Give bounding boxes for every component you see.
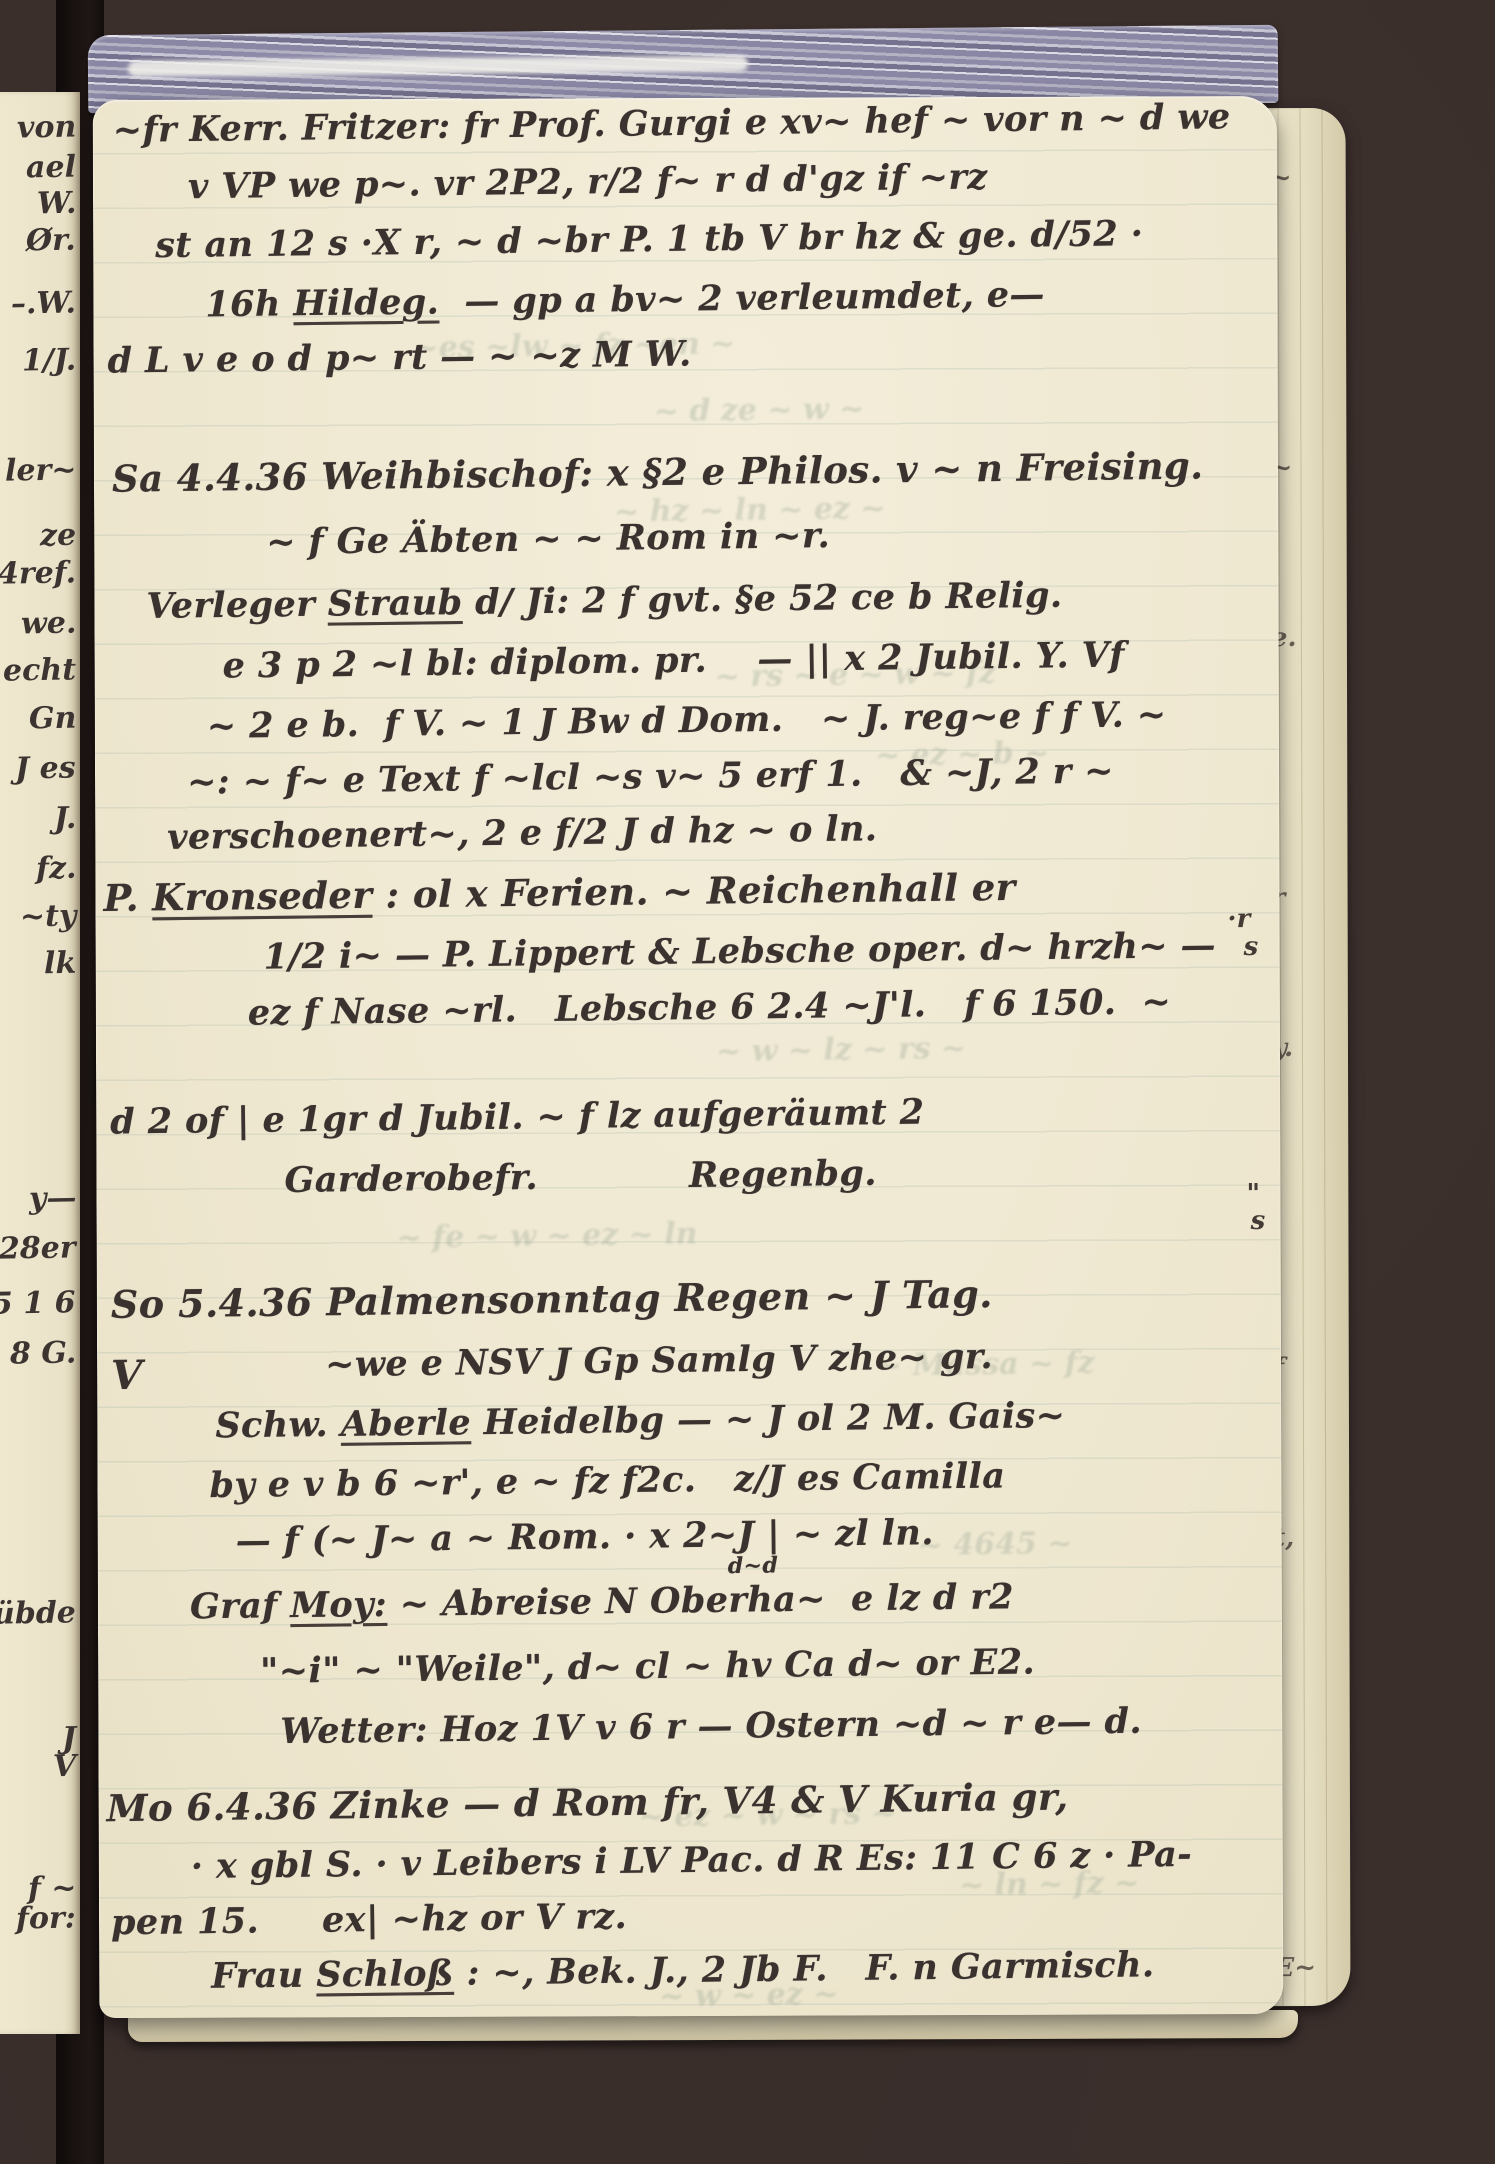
facing-page-sliver: vonaelW.Ør.–.W.1/J.ler~ze4ref.we.echtGnJ… <box>0 92 80 2034</box>
facing-page-text-fragment: 1/J. <box>22 343 77 379</box>
handwriting-segment: — gp a bv~ 2 verleumdet, e— <box>439 274 1045 322</box>
handwriting-line: ~we e NSV J Gp Samlg V zhe~ gr. <box>325 1336 993 1385</box>
bleed-through-line: ~ d ze ~ w ~ <box>654 391 865 429</box>
facing-page-text-fragment: 5 1 6 <box>0 1285 76 1321</box>
handwriting-line: Wetter: Hoz 1V v 6 r — Ostern ~d ~ r e— … <box>280 1701 1142 1753</box>
underlined-word: Hildeg. <box>293 281 439 324</box>
handwriting-line: d~d <box>728 1552 779 1579</box>
handwriting-line: Frau Schloß : ~, Bek. J., 2 Jb F. F. n G… <box>211 1944 1155 1997</box>
handwriting-line: — f (~ J~ a ~ Rom. · x 2~J | ~ zl ln. <box>235 1512 934 1562</box>
facing-page-text-fragment: ze <box>40 518 77 554</box>
handwriting-segment: P. <box>103 875 152 920</box>
handwriting-line: Garderobefr. Regenbg. <box>284 1153 877 1201</box>
handwriting-line: "~i" ~ "Weile", d~ cl ~ hv Ca d~ or E2. <box>260 1641 1035 1691</box>
bleed-through-line: ~ 4645 ~ <box>917 1526 1072 1563</box>
handwriting-line: v VP we p~. vr 2P2, r/2 f~ r d d'gz if ~… <box>188 156 988 207</box>
page-edge-crease <box>1300 108 1306 2006</box>
bleed-through-line: ~ w ~ lz ~ rs ~ <box>716 1031 967 1069</box>
underlined-word: Straub <box>327 582 462 625</box>
handwriting-segment: : ol x Ferien. ~ Reichenhall er <box>372 865 1016 917</box>
handwriting-line: Verleger Straub d/ Ji: 2 f gvt. §e 52 ce… <box>146 575 1063 627</box>
handwriting-line: pen 15. ex| ~hz or V rz. <box>111 1896 628 1943</box>
facing-page-text-fragment: ael <box>26 150 77 186</box>
notebook-photo: vonaelW.Ør.–.W.1/J.ler~ze4ref.we.echtGnJ… <box>0 0 1495 2164</box>
handwriting-line: by e v b 6 ~r', e ~ fz f2c. z/J es Camil… <box>209 1455 1005 1506</box>
facing-page-text-fragment: fz. <box>35 851 76 887</box>
handwriting-line: verschoenert~, 2 e f/2 J d hz ~ o ln. <box>167 808 878 858</box>
handwriting-segment: : ~, Bek. J., 2 Jb F. F. n Garmisch. <box>454 1944 1155 1994</box>
facing-page-text-fragment: 8 G. <box>9 1335 76 1371</box>
margin-mark: ·r <box>1227 904 1250 934</box>
underlined-word: Kronseder <box>152 873 373 920</box>
facing-page-text-fragment: V <box>52 1749 76 1784</box>
facing-page-text-fragment: we. <box>20 606 76 642</box>
handwriting-segment: 16h <box>205 283 293 325</box>
facing-page-text-fragment: übde <box>0 1595 76 1631</box>
handwriting-segment: Schw. <box>215 1404 341 1447</box>
facing-page-text-fragment: von <box>16 109 76 145</box>
handwriting-line: So 5.4.36 Palmensonntag Regen ~ J Tag. <box>111 1271 993 1327</box>
facing-page-text-fragment: y— <box>28 1181 76 1217</box>
handwriting-segment: Graf <box>190 1585 291 1627</box>
handwriting-line: ~: ~ f~ e Text f ~lcl ~s v~ 5 erf 1. & ~… <box>187 750 1114 802</box>
page-edges-highlight <box>128 55 748 76</box>
handwriting-segment: d/ Ji: 2 f gvt. §e 52 ce b Relig. <box>462 575 1062 623</box>
facing-page-text-fragment: Gn <box>28 701 76 737</box>
underlined-word: Schloß <box>316 1953 454 1996</box>
handwriting-line: V <box>111 1352 143 1399</box>
facing-page-text-fragment: ~ty <box>19 899 76 935</box>
handwriting-line: ~fr Kerr. Fritzer: fr Prof. Gurgi e xv~ … <box>113 96 1231 151</box>
margin-mark: s <box>1244 932 1259 962</box>
handwriting-line: st an 12 s ·X r, ~ d ~br P. 1 tb V br hz… <box>155 213 1144 266</box>
handwriting-line: P. Kronseder : ol x Ferien. ~ Reichenhal… <box>103 865 1016 920</box>
handwriting-line: Graf Moy: ~ Abreise N Oberha~ e lz d r2 <box>190 1576 1014 1627</box>
underlined-word: Moy: <box>290 1584 387 1626</box>
handwriting-line: Schw. Aberle Heidelbg — ~ J ol 2 M. Gais… <box>215 1395 1066 1446</box>
facing-page-text-fragment: 28er <box>0 1230 76 1266</box>
facing-page-text-fragment: echt <box>3 652 77 688</box>
facing-page-text-fragment: J es <box>15 750 76 786</box>
handwriting-line: ~ f Ge Äbten ~ ~ Rom in ~r. <box>266 515 830 563</box>
facing-page-text-fragment: J. <box>53 801 76 836</box>
handwriting-segment: Heidelbg — ~ J ol 2 M. Gais~ <box>471 1395 1066 1443</box>
diary-page: ~es ~lw ~ fz ~en ~~ d ze ~ w ~~ hz ~ ln … <box>93 96 1284 2018</box>
handwriting-line: 1/2 i~ — P. Lippert & Lebsche oper. d~ h… <box>263 925 1216 978</box>
handwriting-segment: Frau <box>211 1955 316 1997</box>
handwriting-line: d L v e o d p~ rt — ~ ~z M W. <box>107 333 692 381</box>
handwriting-segment: Verleger <box>146 584 328 627</box>
handwriting-line: 16h Hildeg. — gp a bv~ 2 verleumdet, e— <box>205 274 1045 325</box>
facing-page-text-fragment: Ør. <box>26 223 76 259</box>
facing-page-text-fragment: ler~ <box>4 452 76 488</box>
facing-page-text-fragment: 4ref. <box>0 555 76 591</box>
handwriting-line: d 2 of | e 1gr d Jubil. ~ f lz aufgeräum… <box>110 1092 925 1143</box>
underlined-word: Aberle <box>340 1402 471 1445</box>
margin-mark: s <box>1251 1206 1266 1236</box>
handwriting-segment: ~ Abreise N Oberha~ e lz d r2 <box>387 1576 1014 1625</box>
facing-page-text-fragment: W. <box>36 186 76 222</box>
facing-page-text-fragment: –.W. <box>11 285 77 321</box>
bleed-through-line: ~ fe ~ w ~ ez ~ ln <box>396 1216 697 1255</box>
page-edge-crease <box>1322 108 1328 2006</box>
facing-page-text-fragment: lk <box>44 946 77 982</box>
facing-page-text-fragment: for: <box>16 1900 76 1936</box>
handwriting-line: Mo 6.4.36 Zinke — d Rom fr, V4 & V Kuria… <box>106 1774 1068 1830</box>
margin-mark: " <box>1246 1179 1260 1209</box>
handwriting-line: Sa 4.4.36 Weihbischof: x §2 e Philos. v … <box>112 443 1204 500</box>
handwriting-line: ez f Nase ~rl. Lebsche 6 2.4 ~J'l. f 6 1… <box>248 981 1172 1033</box>
